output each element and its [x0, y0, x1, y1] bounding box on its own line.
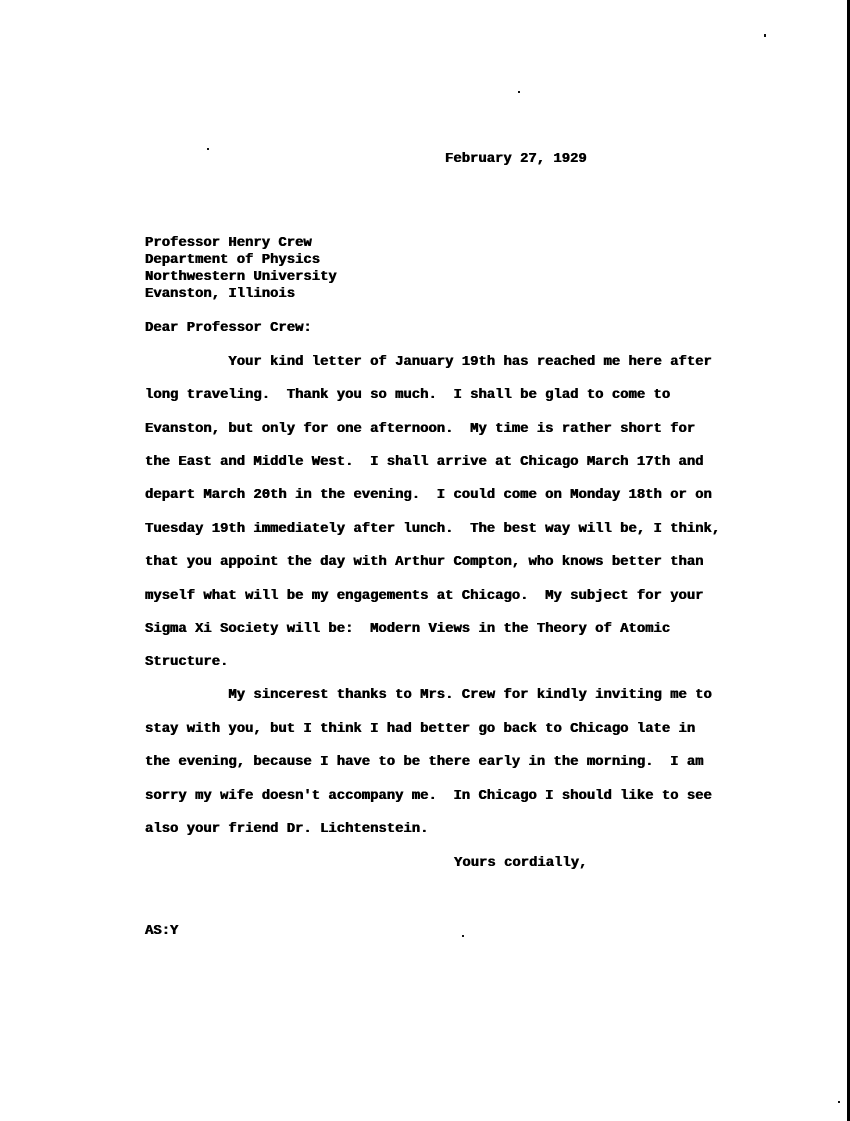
scan-speck: [764, 34, 766, 37]
body-line: Sigma Xi Society will be: Modern Views i…: [145, 621, 670, 637]
body-line: long traveling. Thank you so much. I sha…: [145, 387, 670, 403]
closing: Yours cordially,: [454, 855, 587, 871]
body-line: Tuesday 19th immediately after lunch. Th…: [145, 521, 720, 537]
body-line: depart March 20th in the evening. I coul…: [145, 487, 712, 503]
scan-speck: [462, 935, 464, 937]
letter-page: February 27, 1929 Professor Henry Crew D…: [0, 0, 850, 1121]
body-line: that you appoint the day with Arthur Com…: [145, 554, 704, 570]
salutation: Dear Professor Crew:: [145, 320, 312, 336]
recipient-line: Evanston, Illinois: [145, 286, 295, 302]
body-line: My sincerest thanks to Mrs. Crew for kin…: [145, 687, 712, 703]
body-line: Evanston, but only for one afternoon. My…: [145, 421, 695, 437]
body-line: Structure.: [145, 654, 228, 670]
recipient-line: Professor Henry Crew: [145, 235, 312, 251]
body-line: also your friend Dr. Lichtenstein.: [145, 821, 428, 837]
body-line: the East and Middle West. I shall arrive…: [145, 454, 704, 470]
body-line: Your kind letter of January 19th has rea…: [145, 354, 712, 370]
scan-speck: [838, 1101, 840, 1103]
body-line: myself what will be my engagements at Ch…: [145, 588, 704, 604]
scan-speck: [207, 148, 209, 150]
recipient-line: Northwestern University: [145, 269, 337, 285]
body-line: sorry my wife doesn't accompany me. In C…: [145, 788, 712, 804]
recipient-line: Department of Physics: [145, 252, 320, 268]
letter-date: February 27, 1929: [445, 151, 587, 167]
body-line: stay with you, but I think I had better …: [145, 721, 695, 737]
reference-initials: AS:Y: [145, 923, 178, 939]
scan-speck: [518, 91, 520, 93]
body-line: the evening, because I have to be there …: [145, 754, 704, 770]
